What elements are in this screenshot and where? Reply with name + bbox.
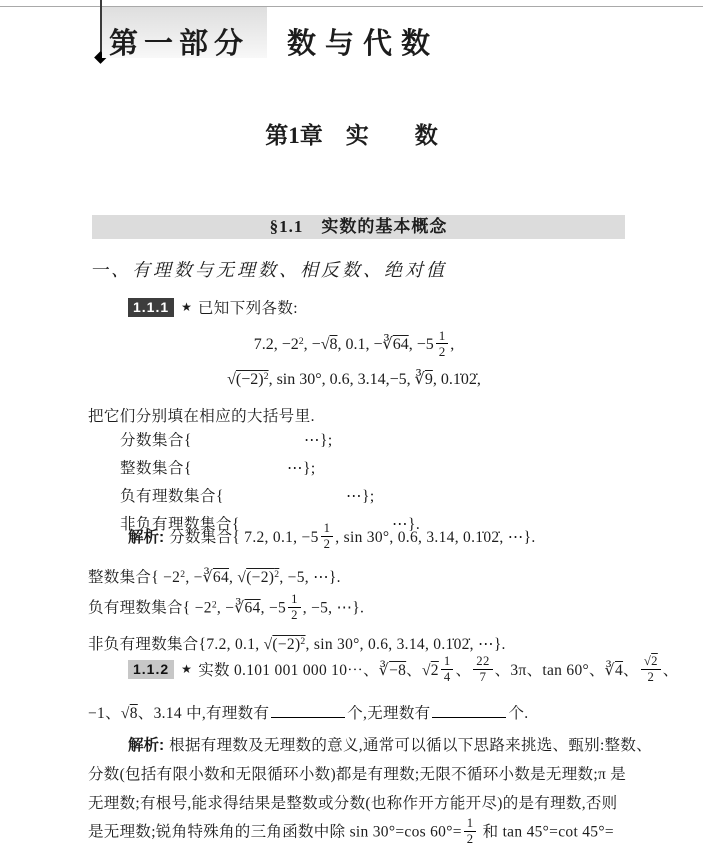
chapter-title: 第1章 实 数 [0, 117, 703, 150]
problem-prompt: 已知下列各数: [198, 300, 298, 317]
problem-1-1-2-heading: 1.1.2★实数 0.101 001 000 10⋯、∛−8、√214、227、… [88, 656, 673, 686]
solution-line: 负有理数集合{ −22, −∛64, −512, −5, ⋯}. [88, 594, 628, 624]
math-display-line-1: 7.2, −22, −√8, 0.1, −∛64, −512, [88, 330, 620, 361]
solution-line: 无理数;有根号,能求得结果是整数或分数(也称作开方能开尽)的是有理数,否则 [88, 791, 628, 813]
set-label: 整数集合{ [120, 460, 192, 477]
set-row-negative-rational: 负有理数集合{⋯}; [120, 484, 375, 506]
problem-text: 实数 0.101 001 000 10⋯、∛−8、√214、227、3π、tan… [198, 662, 678, 679]
solution-label: 解析: [128, 529, 164, 546]
solution-text: 根据有理数及无理数的意义,通常可以循以下思路来挑选、甄别:整数、 [169, 737, 652, 754]
set-row-fraction: 分数集合{⋯}; [120, 428, 333, 450]
set-row-integer: 整数集合{⋯}; [120, 456, 316, 478]
solution-line: 解析:根据有理数及无理数的意义,通常可以循以下思路来挑选、甄别:整数、 [88, 733, 668, 755]
set-blank-space [192, 444, 304, 445]
fill-instruction: 把它们分别填在相应的大括号里. [88, 404, 315, 426]
math-display-line-2: √(−2)2, sin 30°, 0.6, 3.14,−5, ∛9, 0.1̇0… [88, 369, 620, 389]
textbook-page: 第一部分 数与代数 第1章 实 数 §1.1 实数的基本概念 一、有理数与无理数… [0, 0, 703, 845]
solution-label: 解析: [128, 737, 164, 754]
part-subject-title: 数与代数 [287, 21, 439, 62]
solution-line: 非负有理数集合{7.2, 0.1, √(−2)2, sin 30°, 0.6, … [88, 632, 628, 654]
set-tail: ⋯}; [304, 432, 333, 449]
subsection-title: 一、有理数与无理数、相反数、绝对值 [90, 256, 447, 282]
set-label: 负有理数集合{ [120, 488, 224, 505]
star-icon: ★ [181, 662, 192, 676]
section-title: §1.1 实数的基本概念 [92, 215, 625, 239]
solution-line: 解析:分数集合{ 7.2, 0.1, −512, sin 30°, 0.6, 3… [88, 523, 668, 553]
problem-number-badge: 1.1.2 [128, 660, 174, 679]
solution-math: 分数集合{ 7.2, 0.1, −512, sin 30°, 0.6, 3.14… [169, 529, 535, 546]
section-bar: §1.1 实数的基本概念 [92, 215, 625, 239]
solution-line: 整数集合{ −22, −∛64, √(−2)2, −5, ⋯}. [88, 565, 628, 587]
set-blank-space [224, 500, 346, 501]
answer-blank-rational [271, 702, 345, 719]
set-tail: ⋯}; [346, 488, 375, 505]
set-tail: ⋯}; [287, 460, 316, 477]
set-blank-space [192, 472, 287, 473]
answer-blank-irrational [432, 702, 506, 719]
problem-text-continued: −1、√8、3.14 中,有理数有个,无理数有个. [88, 701, 633, 723]
solution-line: 分数(包括有限小数和无限循环小数)都是有理数;无限不循环小数是无理数;π 是 [88, 762, 628, 784]
star-icon: ★ [181, 300, 192, 314]
set-label: 分数集合{ [120, 432, 192, 449]
solution-line: 是无理数;锐角特殊角的三角函数中除 sin 30°=cos 60°=12 和 t… [88, 818, 628, 845]
problem-number-badge: 1.1.1 [128, 298, 174, 317]
problem-1-1-1-heading: 1.1.1★已知下列各数: [128, 296, 298, 318]
part-title: 第一部分 [109, 21, 249, 62]
